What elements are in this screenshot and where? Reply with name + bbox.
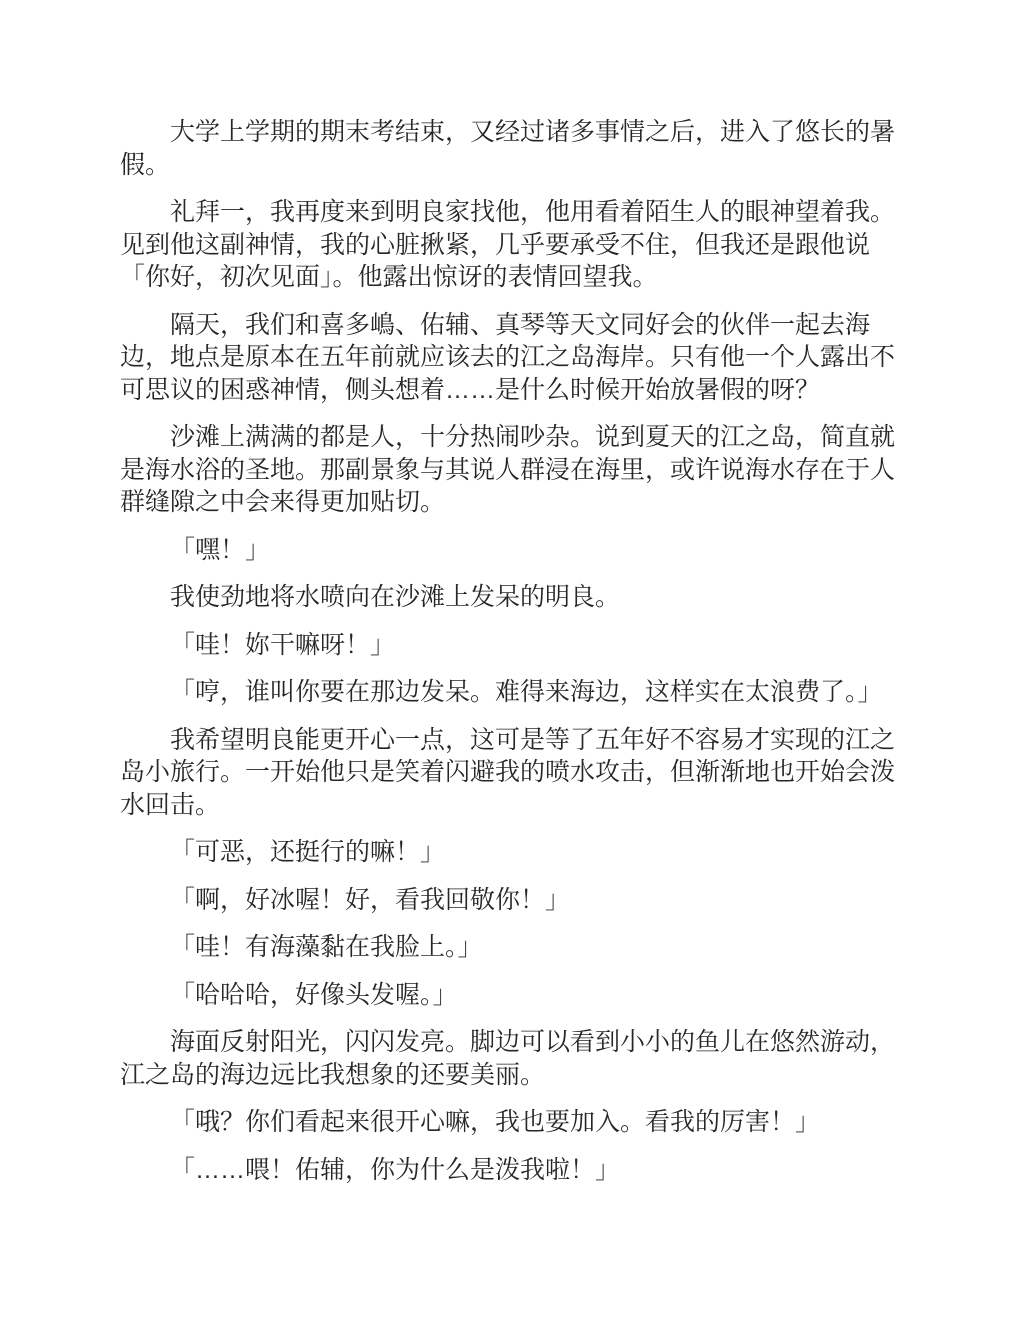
paragraph-narration-2: 礼拜一，我再度来到明良家找他，他用看着陌生人的眼神望着我。见到他这副神情，我的心…	[120, 196, 900, 294]
paragraph-dialogue-3: 「哼，谁叫你要在那边发呆。难得来海边，这样实在太浪费了。」	[120, 676, 900, 709]
paragraph-narration-6: 我希望明良能更开心一点，这可是等了五年好不容易才实现的江之岛小旅行。一开始他只是…	[120, 724, 900, 822]
paragraph-narration-5: 我使劲地将水喷向在沙滩上发呆的明良。	[120, 581, 900, 614]
paragraph-dialogue-5: 「啊，好冰喔！好，看我回敬你！」	[120, 884, 900, 917]
paragraph-dialogue-7: 「哈哈哈，好像头发喔。」	[120, 979, 900, 1012]
paragraph-dialogue-9: 「……喂！佑辅，你为什么是泼我啦！」	[120, 1154, 900, 1187]
paragraph-narration-7: 海面反射阳光，闪闪发亮。脚边可以看到小小的鱼儿在悠然游动，江之岛的海边远比我想象…	[120, 1026, 900, 1091]
paragraph-narration-1: 大学上学期的期末考结束，又经过诸多事情之后，进入了悠长的暑假。	[120, 116, 900, 181]
paragraph-dialogue-8: 「哦？你们看起来很开心嘛，我也要加入。看我的厉害！」	[120, 1106, 900, 1139]
paragraph-dialogue-6: 「哇！有海藻黏在我脸上。」	[120, 931, 900, 964]
paragraph-dialogue-2: 「哇！妳干嘛呀！」	[120, 629, 900, 662]
paragraph-dialogue-1: 「嘿！」	[120, 534, 900, 567]
novel-text-body: 大学上学期的期末考结束，又经过诸多事情之后，进入了悠长的暑假。 礼拜一，我再度来…	[120, 116, 900, 1186]
document-page: 大学上学期的期末考结束，又经过诸多事情之后，进入了悠长的暑假。 礼拜一，我再度来…	[0, 0, 1020, 1320]
paragraph-dialogue-4: 「可恶，还挺行的嘛！」	[120, 836, 900, 869]
paragraph-narration-4: 沙滩上满满的都是人，十分热闹吵杂。说到夏天的江之岛，简直就是海水浴的圣地。那副景…	[120, 421, 900, 519]
paragraph-narration-3: 隔天，我们和喜多嶋、佑辅、真琴等天文同好会的伙伴一起去海边，地点是原本在五年前就…	[120, 309, 900, 407]
